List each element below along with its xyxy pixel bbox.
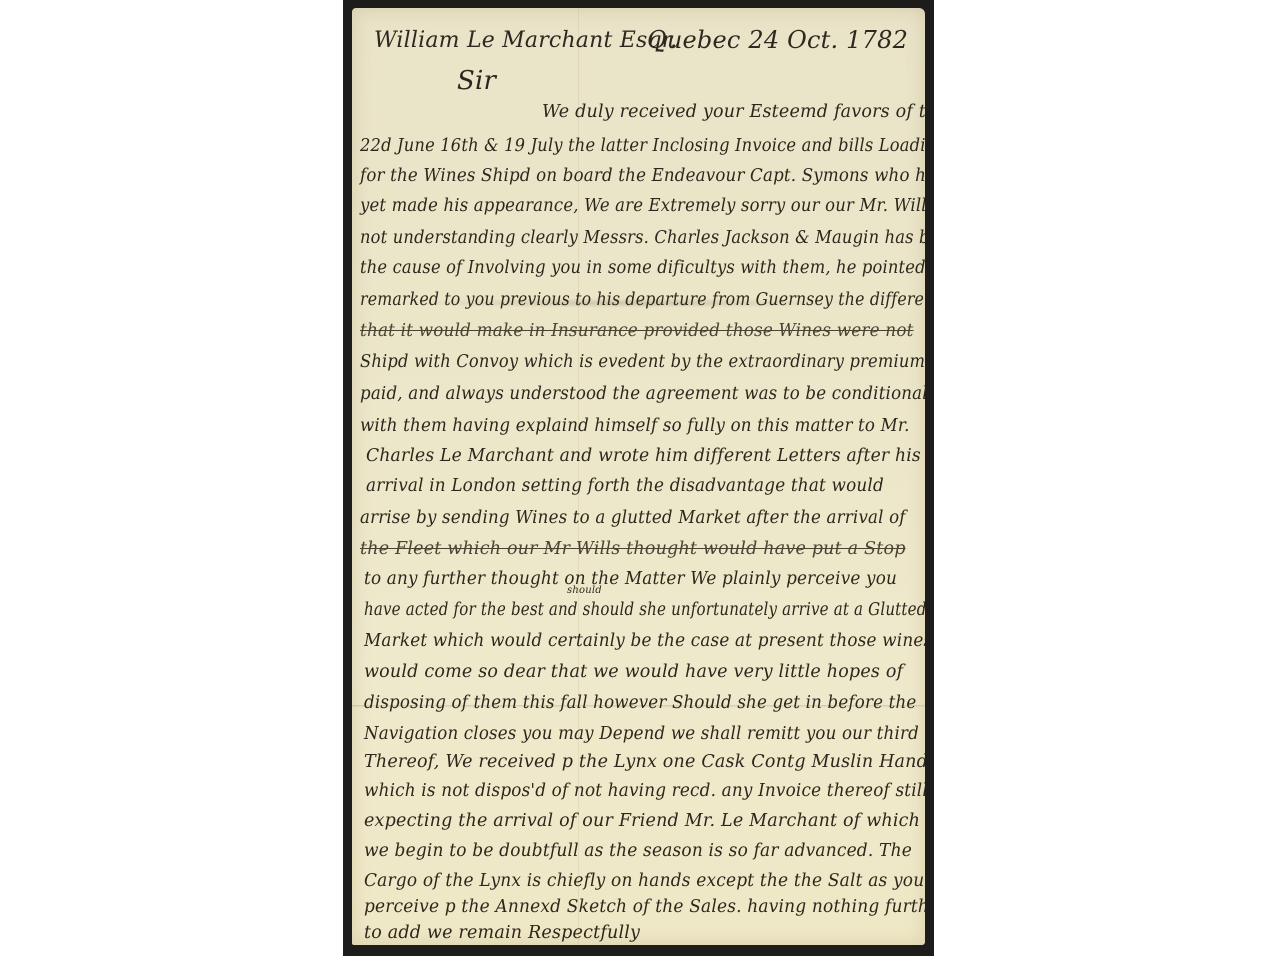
body-line-28: to add we remain Respectfully [364, 923, 640, 943]
body-line-23: which is not dispos'd of not having recd… [364, 781, 925, 801]
body-line-21: Navigation closes you may Depend we shal… [364, 724, 919, 744]
body-line-22: Thereof, We received p the Lynx one Cask… [364, 752, 925, 772]
body-line-2: 22d June 16th & 19 July the latter Inclo… [360, 136, 925, 156]
body-line-20: disposing of them this fall however Shou… [364, 693, 916, 713]
place-date: Quebec 24 Oct. 1782 [647, 26, 908, 54]
body-line-5: not understanding clearly Messrs. Charle… [360, 228, 925, 248]
scan-backdrop: William Le Marchant Esqr. Quebec 24 Oct.… [343, 0, 934, 956]
body-line-10: paid, and always understood the agreemen… [360, 384, 925, 404]
body-line-24: expecting the arrival of our Friend Mr. … [364, 811, 920, 831]
body-line-18: Market which would certainly be the case… [364, 631, 925, 651]
body-line-27: perceive p the Annexd Sketch of the Sale… [364, 897, 925, 917]
body-line-17: have acted for the best and should she u… [364, 600, 925, 620]
body-line-6: the cause of Involving you in some dific… [360, 258, 925, 278]
body-line-8: that it would make in Insurance provided… [360, 321, 914, 341]
body-line-9: Shipd with Convoy which is evedent by th… [360, 352, 925, 372]
body-line-7: remarked to you previous to his departur… [360, 290, 925, 310]
salutation: Sir [457, 66, 496, 96]
body-line-16: to any further thought on the Matter We … [364, 569, 897, 589]
body-line-25: we begin to be doubtfull as the season i… [364, 841, 912, 861]
body-line-11: with them having explaind himself so ful… [360, 416, 910, 436]
body-line-12: Charles Le Marchant and wrote him differ… [366, 446, 921, 466]
body-line-13: arrival in London setting forth the disa… [366, 476, 884, 496]
body-line-3: for the Wines Shipd on board the Endeavo… [360, 166, 925, 186]
body-line-26: Cargo of the Lynx is chiefly on hands ex… [364, 871, 925, 891]
body-line-1: We duly received your Esteemd favors of … [542, 102, 925, 122]
interlinear-insertion: should [567, 585, 602, 596]
body-line-15: the Fleet which our Mr Wills thought wou… [360, 539, 906, 559]
body-line-4: yet made his appearance, We are Extremel… [360, 196, 925, 216]
body-line-19: would come so dear that we would have ve… [364, 662, 903, 682]
letter-paper: William Le Marchant Esqr. Quebec 24 Oct.… [352, 8, 925, 945]
addressee: William Le Marchant Esqr. [374, 28, 677, 53]
body-line-14: arrise by sending Wines to a glutted Mar… [360, 508, 906, 528]
